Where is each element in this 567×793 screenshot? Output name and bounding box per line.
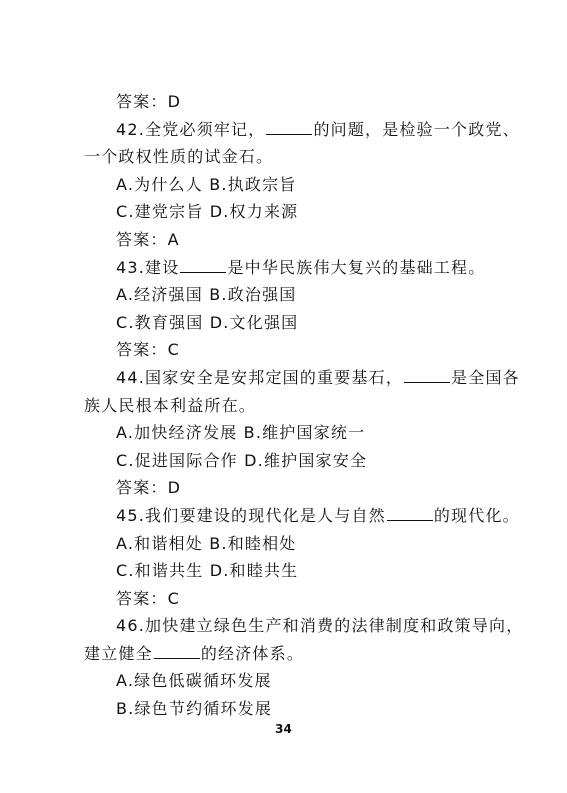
- text-line: B.绿色节约循环发展: [84, 695, 482, 723]
- text-segment: 42.全党必须牢记，: [116, 120, 265, 139]
- fill-in-blank: [404, 368, 450, 383]
- text-segment: 的经济体系。: [201, 644, 304, 663]
- text-segment: A.为什么人 B.执政宗旨: [116, 175, 297, 194]
- text-line: 42.全党必须牢记，的问题，是检验一个政党、: [84, 116, 482, 144]
- text-line: 答案：C: [84, 336, 482, 364]
- text-line: 答案：D: [84, 474, 482, 502]
- text-line: 一个政权性质的试金石。: [84, 143, 482, 171]
- text-line: 答案：A: [84, 226, 482, 254]
- text-segment: 43.建设: [116, 258, 179, 277]
- text-line: A.和谐相处 B.和睦相处: [84, 530, 482, 558]
- fill-in-blank: [387, 506, 433, 521]
- text-line: C.教育强国 D.文化强国: [84, 309, 482, 337]
- text-segment: 答案：C: [116, 340, 180, 359]
- text-segment: C.教育强国 D.文化强国: [116, 313, 298, 332]
- text-segment: 答案：A: [116, 230, 180, 249]
- fill-in-blank: [154, 644, 200, 659]
- text-segment: 的现代化。: [434, 506, 520, 525]
- text-segment: 答案：D: [116, 478, 181, 497]
- text-segment: 答案：D: [116, 92, 181, 111]
- text-line: 45.我们要建设的现代化是人与自然的现代化。: [84, 502, 482, 530]
- text-line: A.绿色低碳循环发展: [84, 667, 482, 695]
- fill-in-blank: [266, 120, 312, 135]
- text-segment: 一个政权性质的试金石。: [84, 147, 273, 166]
- text-segment: A.加快经济发展 B.维护国家统一: [116, 423, 365, 442]
- text-segment: 是中华民族伟大复兴的基础工程。: [227, 258, 485, 277]
- text-line: A.为什么人 B.执政宗旨: [84, 171, 482, 199]
- text-line: A.加快经济发展 B.维护国家统一: [84, 419, 482, 447]
- text-segment: 答案：C: [116, 589, 180, 608]
- text-segment: 是全国各: [451, 368, 520, 387]
- document-body: 答案：D42.全党必须牢记，的问题，是检验一个政党、一个政权性质的试金石。A.为…: [84, 88, 482, 723]
- text-line: 46.加快建立绿色生产和消费的法律制度和政策导向，: [84, 612, 482, 640]
- text-line: 建立健全的经济体系。: [84, 640, 482, 668]
- text-segment: 建立健全: [84, 644, 153, 663]
- text-line: 43.建设是中华民族伟大复兴的基础工程。: [84, 254, 482, 282]
- text-segment: 45.我们要建设的现代化是人与自然: [116, 506, 386, 525]
- text-line: 答案：D: [84, 88, 482, 116]
- text-line: C.建党宗旨 D.权力来源: [84, 198, 482, 226]
- text-line: C.促进国际合作 D.维护国家安全: [84, 447, 482, 475]
- text-segment: 族人民根本利益所在。: [84, 396, 256, 415]
- text-segment: 的问题，是检验一个政党、: [313, 120, 519, 139]
- text-line: 44.国家安全是安邦定国的重要基石，是全国各: [84, 364, 482, 392]
- text-line: A.经济强国 B.政治强国: [84, 281, 482, 309]
- text-segment: B.绿色节约循环发展: [116, 699, 272, 718]
- text-segment: C.建党宗旨 D.权力来源: [116, 202, 298, 221]
- text-line: C.和谐共生 D.和睦共生: [84, 557, 482, 585]
- text-line: 族人民根本利益所在。: [84, 392, 482, 420]
- text-segment: C.和谐共生 D.和睦共生: [116, 561, 298, 580]
- text-segment: A.绿色低碳循环发展: [116, 671, 272, 690]
- text-line: 答案：C: [84, 585, 482, 613]
- text-segment: 44.国家安全是安邦定国的重要基石，: [116, 368, 403, 387]
- fill-in-blank: [180, 258, 226, 273]
- text-segment: A.和谐相处 B.和睦相处: [116, 534, 297, 553]
- text-segment: C.促进国际合作 D.维护国家安全: [116, 451, 367, 470]
- page-number: 34: [0, 722, 567, 736]
- text-segment: A.经济强国 B.政治强国: [116, 285, 297, 304]
- text-segment: 46.加快建立绿色生产和消费的法律制度和政策导向，: [116, 616, 523, 635]
